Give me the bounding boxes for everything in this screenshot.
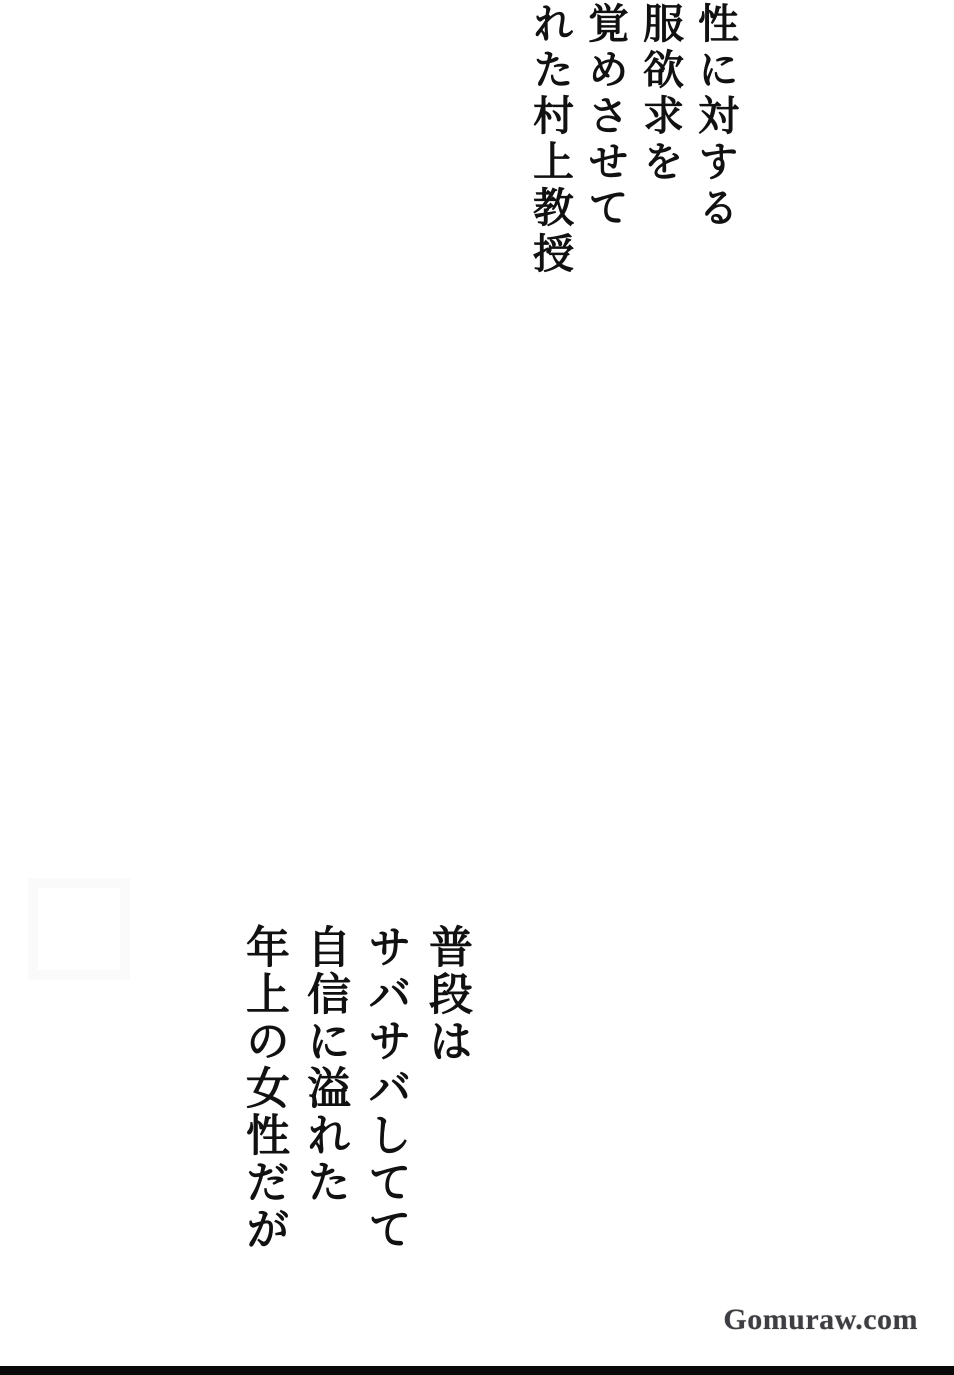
bottom-text-block: 普段は サバサバしてて 自信に溢れた 年上の女性だが: [233, 924, 477, 1269]
site-watermark: Gomuraw.com: [723, 1303, 918, 1337]
text-line-4: 年上の女性だが: [233, 924, 294, 1269]
top-text-block: 性に対する 服欲求を 覚めさせて れた村上教授: [522, 2, 742, 322]
manga-page: 性に対する 服欲求を 覚めさせて れた村上教授 普段は サバサバしてて 自信に溢…: [0, 0, 954, 1375]
text-line-1: 普段は: [416, 924, 477, 1269]
text-line-2: 服欲求を: [632, 2, 687, 322]
page-bottom-bar: [0, 1366, 954, 1375]
text-line-1: 性に対する: [687, 2, 742, 322]
text-line-3: 自信に溢れた: [294, 924, 355, 1269]
text-line-2: サバサバしてて: [355, 924, 416, 1269]
scan-artifact: [28, 878, 130, 980]
text-line-4: れた村上教授: [522, 2, 577, 322]
text-line-3: 覚めさせて: [577, 2, 632, 322]
